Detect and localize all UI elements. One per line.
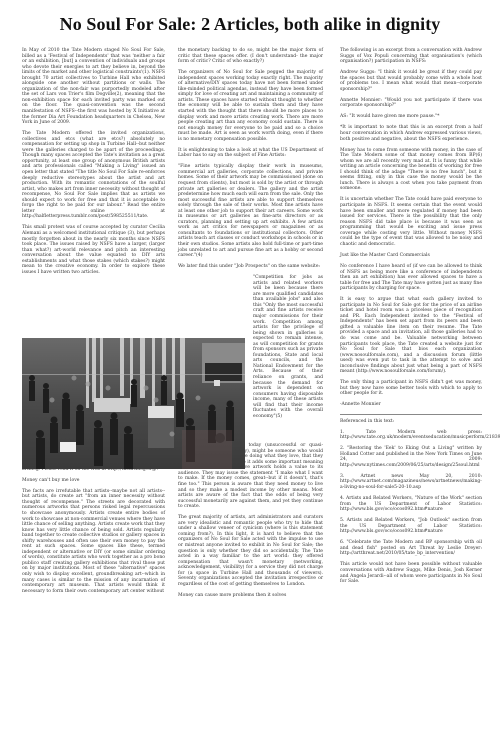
turbine-hall-photo [22,338,245,469]
column-3: The following is an excerpt from a conve… [340,48,482,590]
paragraph: Money has to come from someone with mone… [340,148,482,192]
reference-item: 4. Artists and Related Workers, "Nature … [340,496,482,513]
paragraph: The facts are irrefutable that artists--… [22,489,165,594]
crowd-photo-image [22,338,245,469]
column-2: the monetary backing to do so, might be … [178,48,323,604]
paragraph: The only thing a participant in NSFS did… [340,380,482,397]
paragraph: It is easy to argue that what each galle… [340,297,482,375]
reference-item: 3. Artnet news May 20, 2010: http://www.… [340,474,482,491]
signature: -Annette Monnier [340,402,482,408]
paragraph: The great majority of artists, art admin… [178,515,323,587]
references-heading: Referenced in this text: [340,419,482,425]
paragraph: The organizers of No Soul for Sale pegge… [178,70,323,142]
section-heading: Money can't buy me love [22,478,165,484]
paragraph: Annette Monnier: "Would you not particip… [340,98,482,109]
paragraph: It is uncertain whether The Tate could h… [340,197,482,247]
paragraph: The Tate Modern offered the invited orga… [22,131,165,220]
paragraph: Andrew Suggs: "I think it would be great… [340,70,482,92]
reference-item: 6. "Celebrate the Tate Modern and BP spo… [340,540,482,557]
paragraph: AS: "It would have given me more pause."… [340,114,482,120]
section-heading: Money can cause more problems then it so… [178,593,323,599]
paragraph: It is enlightening to take a look at wha… [178,148,323,159]
paragraph: This small protest was of course accepte… [22,225,165,275]
paragraph: The following is an excerpt from a conve… [340,48,482,65]
reference-item: 5. Artists and Related Workers, "Job Out… [340,518,482,535]
footnote: *It is important to note that this is an… [340,125,482,142]
divider [340,414,482,415]
paragraph: In May of 2010 the Tate Modern staged No… [22,48,165,126]
reference-item: 1. Tate Modern web press: http://www.tat… [340,430,482,441]
section-heading: Just like the Master Card Commercials [340,253,482,259]
acknowledgement: This article would not have been possibl… [340,562,482,584]
page-title: No Soul For Sale: 2 Articles, both alike… [0,14,500,35]
column-1: In May of 2010 the Tate Modern staged No… [22,48,165,600]
paragraph: the monetary backing to do so, might be … [178,48,323,65]
paragraph: No conference I have heard of (if we can… [340,264,482,292]
paragraph: We later find this under "Job Prospects"… [178,264,323,270]
quote: "Fine artists typically display their wo… [178,164,323,258]
reference-item: 2. "Restoring the 'Eek' to Eking Out a L… [340,446,482,468]
